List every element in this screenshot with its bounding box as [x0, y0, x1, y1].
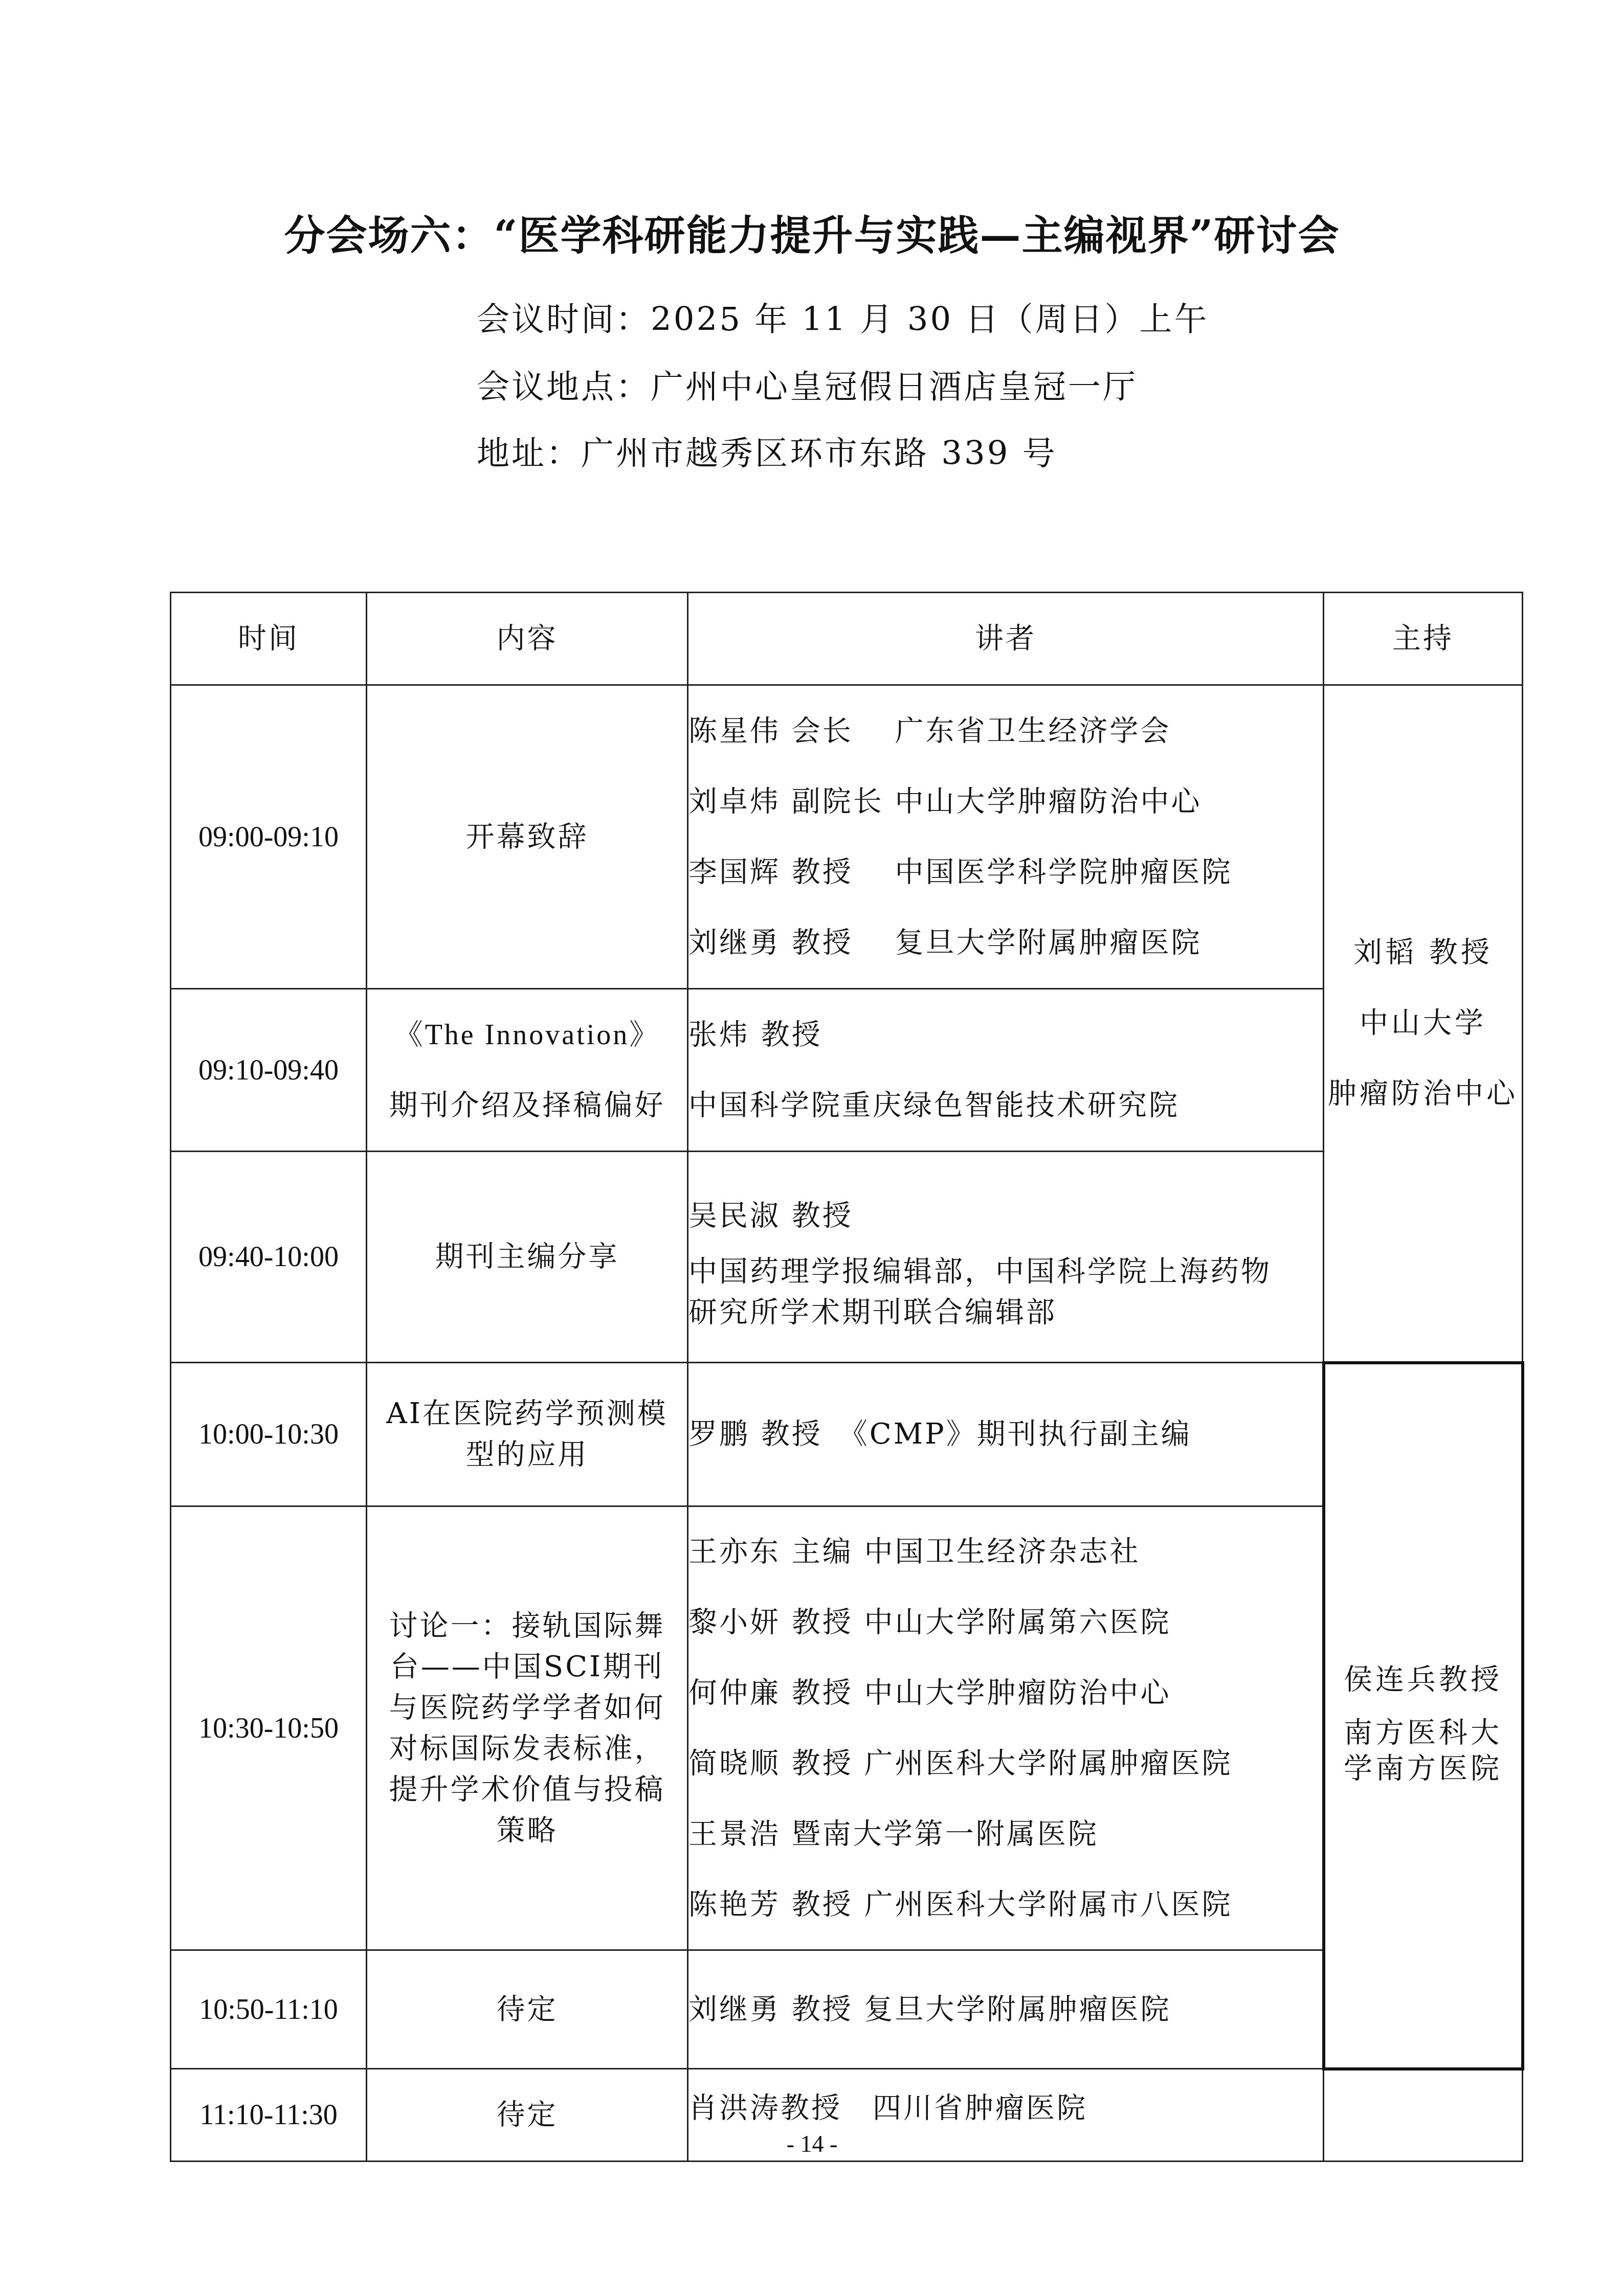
time-cell: 09:10-09:40: [171, 989, 367, 1152]
meeting-venue: 会议地点：广州中心皇冠假日酒店皇冠一厅: [477, 364, 1138, 410]
content-cell: 开幕致辞: [367, 685, 688, 989]
speaker-line: 刘卓炜 副院长 中山大学肿瘤防治中心: [688, 767, 1323, 837]
header-host: 主持: [1324, 593, 1523, 685]
host-cell: 刘韬 教授 中山大学 肿瘤防治中心: [1324, 685, 1523, 1363]
table-row: 09:40-10:00 期刊主编分享 吴民淑 教授 中国药理学报编辑部，中国科学…: [171, 1152, 1523, 1363]
content-cell: 待定: [367, 1950, 688, 2069]
speaker-line: 罗鹏 教授 《CMP》期刊执行副主编: [688, 1399, 1322, 1470]
content-line: 待定: [367, 1992, 687, 2027]
content-line: 开幕致辞: [367, 820, 687, 854]
content-line: 期刊主编分享: [367, 1240, 687, 1274]
header-time: 时间: [171, 593, 367, 685]
content-cell: 《The Innovation》 期刊介绍及择稿偏好: [367, 989, 688, 1152]
speaker-line: 刘继勇 教授 复旦大学附属肿瘤医院: [688, 908, 1323, 978]
header-content: 内容: [367, 593, 688, 685]
speaker-line: 张炜 教授: [688, 1000, 1323, 1070]
time-cell: 10:30-10:50: [171, 1506, 367, 1950]
speakers-cell: 吴民淑 教授 中国药理学报编辑部，中国科学院上海药物 研究所学术期刊联合编辑部: [688, 1152, 1324, 1363]
meeting-address: 地址：广州市越秀区环市东路 339 号: [477, 431, 1057, 477]
host-line: 肿瘤防治中心: [1324, 1059, 1522, 1129]
content-line: 《The Innovation》: [367, 1000, 687, 1070]
time-cell: 09:40-10:00: [171, 1152, 367, 1363]
speakers-cell: 王亦东 主编 中国卫生经济杂志社 黎小妍 教授 中山大学附属第六医院 何仲廉 教…: [688, 1506, 1324, 1950]
host-line: 南方医科大: [1325, 1715, 1521, 1751]
content-line: 与医院药学学者如何: [367, 1687, 687, 1728]
speaker-line: 陈星伟 会长 广东省卫生经济学会: [688, 696, 1323, 767]
time-cell: 10:50-11:10: [171, 1950, 367, 2069]
speakers-cell: 张炜 教授 中国科学院重庆绿色智能技术研究院: [688, 989, 1324, 1152]
speaker-line: 刘继勇 教授 复旦大学附属肿瘤医院: [688, 1974, 1322, 2045]
speakers-cell: 陈星伟 会长 广东省卫生经济学会 刘卓炜 副院长 中山大学肿瘤防治中心 李国辉 …: [688, 685, 1324, 989]
speaker-line: 何仲廉 教授 中山大学肿瘤防治中心: [688, 1658, 1322, 1728]
table-row: 10:50-11:10 待定 刘继勇 教授 复旦大学附属肿瘤医院: [171, 1950, 1523, 2069]
content-cell: AI在医院药学预测模 型的应用: [367, 1363, 688, 1506]
table-row: 10:00-10:30 AI在医院药学预测模 型的应用 罗鹏 教授 《CMP》期…: [171, 1363, 1523, 1506]
content-line: 策略: [367, 1810, 687, 1851]
document-title: 分会场六：“医学科研能力提升与实践—主编视界”研讨会: [0, 205, 1624, 266]
content-line: 讨论一：接轨国际舞: [367, 1606, 687, 1647]
content-line: 对标国际发表标准，: [367, 1728, 687, 1769]
content-line: 期刊介绍及择稿偏好: [367, 1070, 687, 1141]
speaker-line: 中国科学院重庆绿色智能技术研究院: [688, 1070, 1323, 1141]
speaker-line: 王亦东 主编 中国卫生经济杂志社: [688, 1517, 1322, 1587]
speakers-cell: 罗鹏 教授 《CMP》期刊执行副主编: [688, 1363, 1324, 1506]
speaker-line: 研究所学术期刊联合编辑部: [688, 1292, 1323, 1333]
speaker-line: 简晓顺 教授 广州医科大学附属肿瘤医院: [688, 1728, 1322, 1799]
page-number: - 14 -: [0, 2130, 1624, 2158]
content-line: AI在医院药学预测模: [367, 1393, 687, 1434]
host-line: 中山大学: [1324, 988, 1522, 1059]
table-row: 09:00-09:10 开幕致辞 陈星伟 会长 广东省卫生经济学会 刘卓炜 副院…: [171, 685, 1523, 989]
content-line: 型的应用: [367, 1434, 687, 1475]
speakers-cell: 刘继勇 教授 复旦大学附属肿瘤医院: [688, 1950, 1324, 2069]
header-speakers: 讲者: [688, 593, 1324, 685]
content-line: 提升学术价值与投稿: [367, 1769, 687, 1810]
speaker-line: 李国辉 教授 中国医学科学院肿瘤医院: [688, 837, 1323, 908]
speaker-line: 陈艳芳 教授 广州医科大学附属市八医院: [688, 1870, 1322, 1940]
table-row: 10:30-10:50 讨论一：接轨国际舞 台——中国SCI期刊 与医院药学学者…: [171, 1506, 1523, 1950]
content-line: 台——中国SCI期刊: [367, 1647, 687, 1687]
time-cell: 09:00-09:10: [171, 685, 367, 989]
speaker-line: 肖洪涛教授 四川省肿瘤医院: [688, 2088, 1323, 2129]
content-cell: 期刊主编分享: [367, 1152, 688, 1363]
speaker-line: 王景浩 暨南大学第一附属医院: [688, 1799, 1322, 1870]
time-cell: 10:00-10:30: [171, 1363, 367, 1506]
content-line: 待定: [367, 2098, 687, 2132]
speaker-line: 吴民淑 教授: [688, 1181, 1323, 1251]
meeting-time: 会议时间：2025 年 11 月 30 日（周日）上午: [477, 297, 1209, 343]
content-cell: 讨论一：接轨国际舞 台——中国SCI期刊 与医院药学学者如何 对标国际发表标准，…: [367, 1506, 688, 1950]
speaker-line: 中国药理学报编辑部，中国科学院上海药物: [688, 1251, 1323, 1292]
host-line: 刘韬 教授: [1324, 917, 1522, 988]
table-header-row: 时间 内容 讲者 主持: [171, 593, 1523, 685]
host-cell: 侯连兵教授 南方医科大 学南方医院: [1324, 1363, 1523, 2069]
schedule-table: 时间 内容 讲者 主持 09:00-09:10 开幕致辞 陈星伟 会长 广东省卫…: [170, 592, 1524, 2162]
table-row: 09:10-09:40 《The Innovation》 期刊介绍及择稿偏好 张…: [171, 989, 1523, 1152]
host-line: 侯连兵教授: [1325, 1645, 1521, 1715]
host-line: 学南方医院: [1325, 1751, 1521, 1787]
speaker-line: 黎小妍 教授 中山大学附属第六医院: [688, 1587, 1322, 1658]
